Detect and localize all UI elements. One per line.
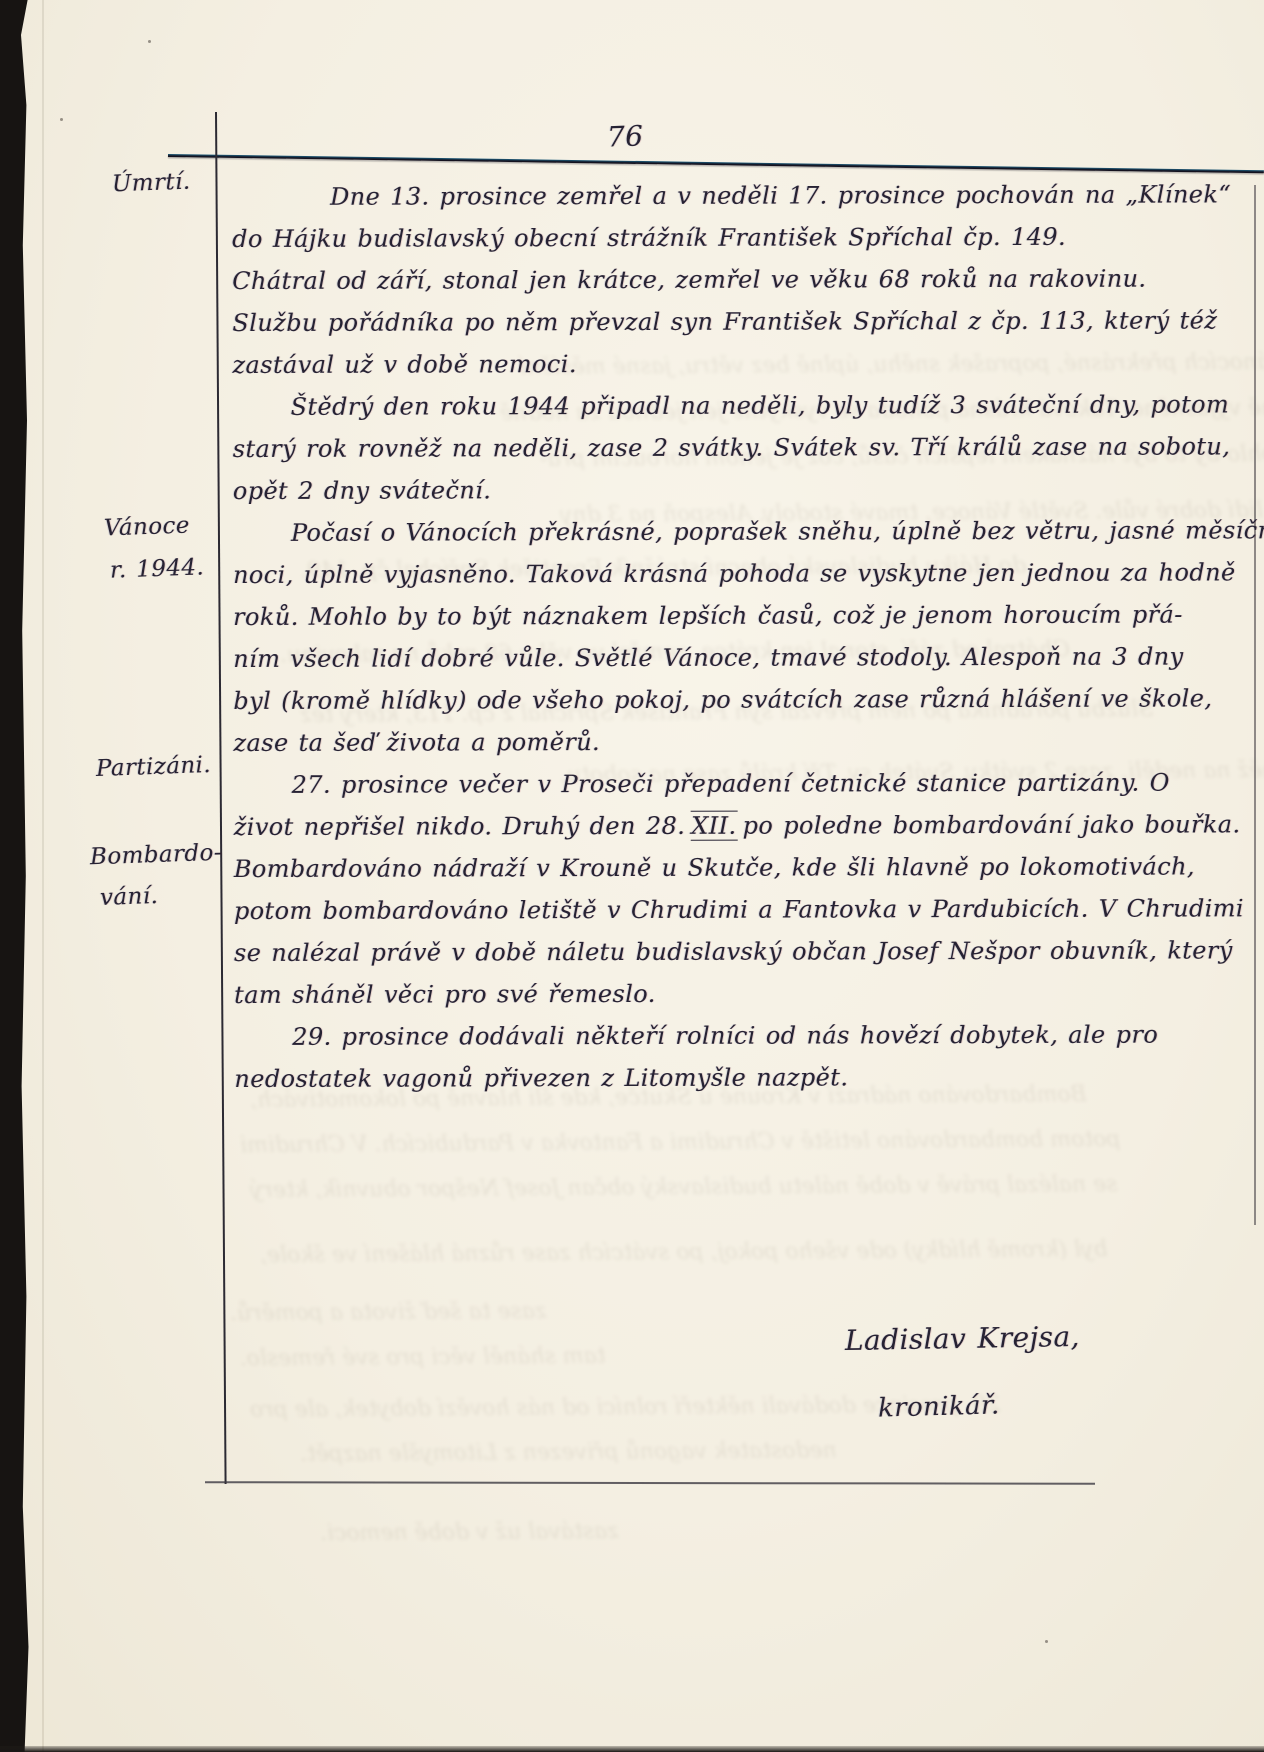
text-line: Chátral od září, stonal jen krátce, zemř… (232, 257, 1246, 302)
bleedthrough-ghost-line: nedostatek vagonů přivezen z Litomyšle n… (300, 1438, 837, 1467)
margin-note-deaths: Úmrtí. (112, 169, 191, 198)
bleedthrough-ghost-line: potom bombardováno letiště v Chrudimi a … (240, 1127, 1121, 1158)
text-line: noci, úplně vyjasněno. Taková krásná poh… (233, 551, 1247, 596)
paper-crease (42, 0, 44, 1752)
text-line: Dne 13. prosince zemřel a v neděli 17. p… (232, 173, 1246, 218)
margin-note-christmas-1944-line1: Vánoce (104, 513, 191, 542)
dust-speck (148, 40, 151, 43)
margin-note-partisans: Partizáni. (96, 752, 212, 782)
text-line: ním všech lidí dobré vůle. Světlé Vánoce… (233, 635, 1247, 680)
dust-speck (1045, 1640, 1048, 1643)
margin-note-bombing-line1: Bombardo- (90, 840, 223, 871)
text-line: byl (kromě hlídky) ode všeho pokoj, po s… (233, 677, 1247, 722)
bottom-rule-line (205, 1481, 1095, 1485)
text-line: nedostatek vagonů přivezen z Litomyšle n… (234, 1055, 1248, 1100)
text-segment: po poledne bombardování jako bouřka. (743, 810, 1241, 839)
top-rule-line (168, 154, 1264, 173)
chronicle-text-block: Dne 13. prosince zemřel a v neděli 17. p… (232, 173, 1248, 1100)
text-line: do Hájku budislavský obecní strážník Fra… (232, 215, 1246, 260)
text-line: Bombardováno nádraží v Krouně u Skutče, … (234, 845, 1248, 890)
left-margin-rule-line (215, 112, 227, 1484)
bleedthrough-ghost-line: tam sháněl věci pro své řemeslo. (240, 1344, 606, 1372)
text-line: Štědrý den roku 1944 připadl na neděli, … (233, 383, 1247, 428)
text-segment: život nepřišel nikdo. Druhý den 28. (234, 812, 686, 841)
text-line: Počasí o Vánocích překrásné, poprašek sn… (233, 509, 1247, 554)
text-line: opět 2 dny sváteční. (233, 467, 1247, 512)
bleedthrough-ghost-line: zastával už v době nemoci. (320, 1519, 619, 1546)
text-line: zastával už v době nemoci. (232, 341, 1246, 386)
signature-name: Ladislav Krejsa, (845, 1320, 1080, 1357)
margin-note-christmas-1944-line2: r. 1944. (110, 554, 205, 583)
text-line: Službu pořádníka po něm převzal syn Fran… (232, 299, 1246, 344)
page-number: 76 (606, 119, 644, 153)
roman-numeral-december: XII. (690, 811, 737, 841)
bleedthrough-ghost-line: se nalézal právě v době náletu budislavs… (250, 1172, 1118, 1203)
bleedthrough-ghost-line: byl (kromě hlídky) ode všeho pokoj, po s… (260, 1237, 1108, 1268)
scan-left-edge (0, 0, 30, 1752)
dust-speck (60, 118, 63, 121)
text-line: starý rok rovněž na neděli, zase 2 svátk… (233, 425, 1247, 470)
chronicle-scan-page: { "page_number": "76", "margin_notes": {… (0, 0, 1264, 1752)
text-line: 29. prosince dodávali někteří rolníci od… (234, 1013, 1248, 1058)
text-line: 27. prosince večer v Proseči přepadení č… (234, 761, 1248, 806)
signature-role: kronikář. (878, 1390, 1000, 1423)
text-line: se nalézal právě v době náletu budislavs… (234, 929, 1248, 974)
scan-bottom-edge (0, 1746, 1264, 1752)
text-line: tam sháněl věci pro své řemeslo. (234, 971, 1248, 1016)
bleedthrough-ghost-line: zase ta šeď života a poměrů. (230, 1299, 547, 1326)
text-line: potom bombardováno letiště v Chrudimi a … (234, 887, 1248, 932)
margin-note-bombing-line2: vání. (100, 883, 159, 911)
text-line: zase ta šeď života a poměrů. (233, 719, 1247, 764)
text-line: život nepřišel nikdo. Druhý den 28.XII.p… (234, 803, 1248, 848)
adjacent-page-edge (1254, 185, 1256, 1225)
text-line: roků. Mohlo by to být náznakem lepších č… (233, 593, 1247, 638)
